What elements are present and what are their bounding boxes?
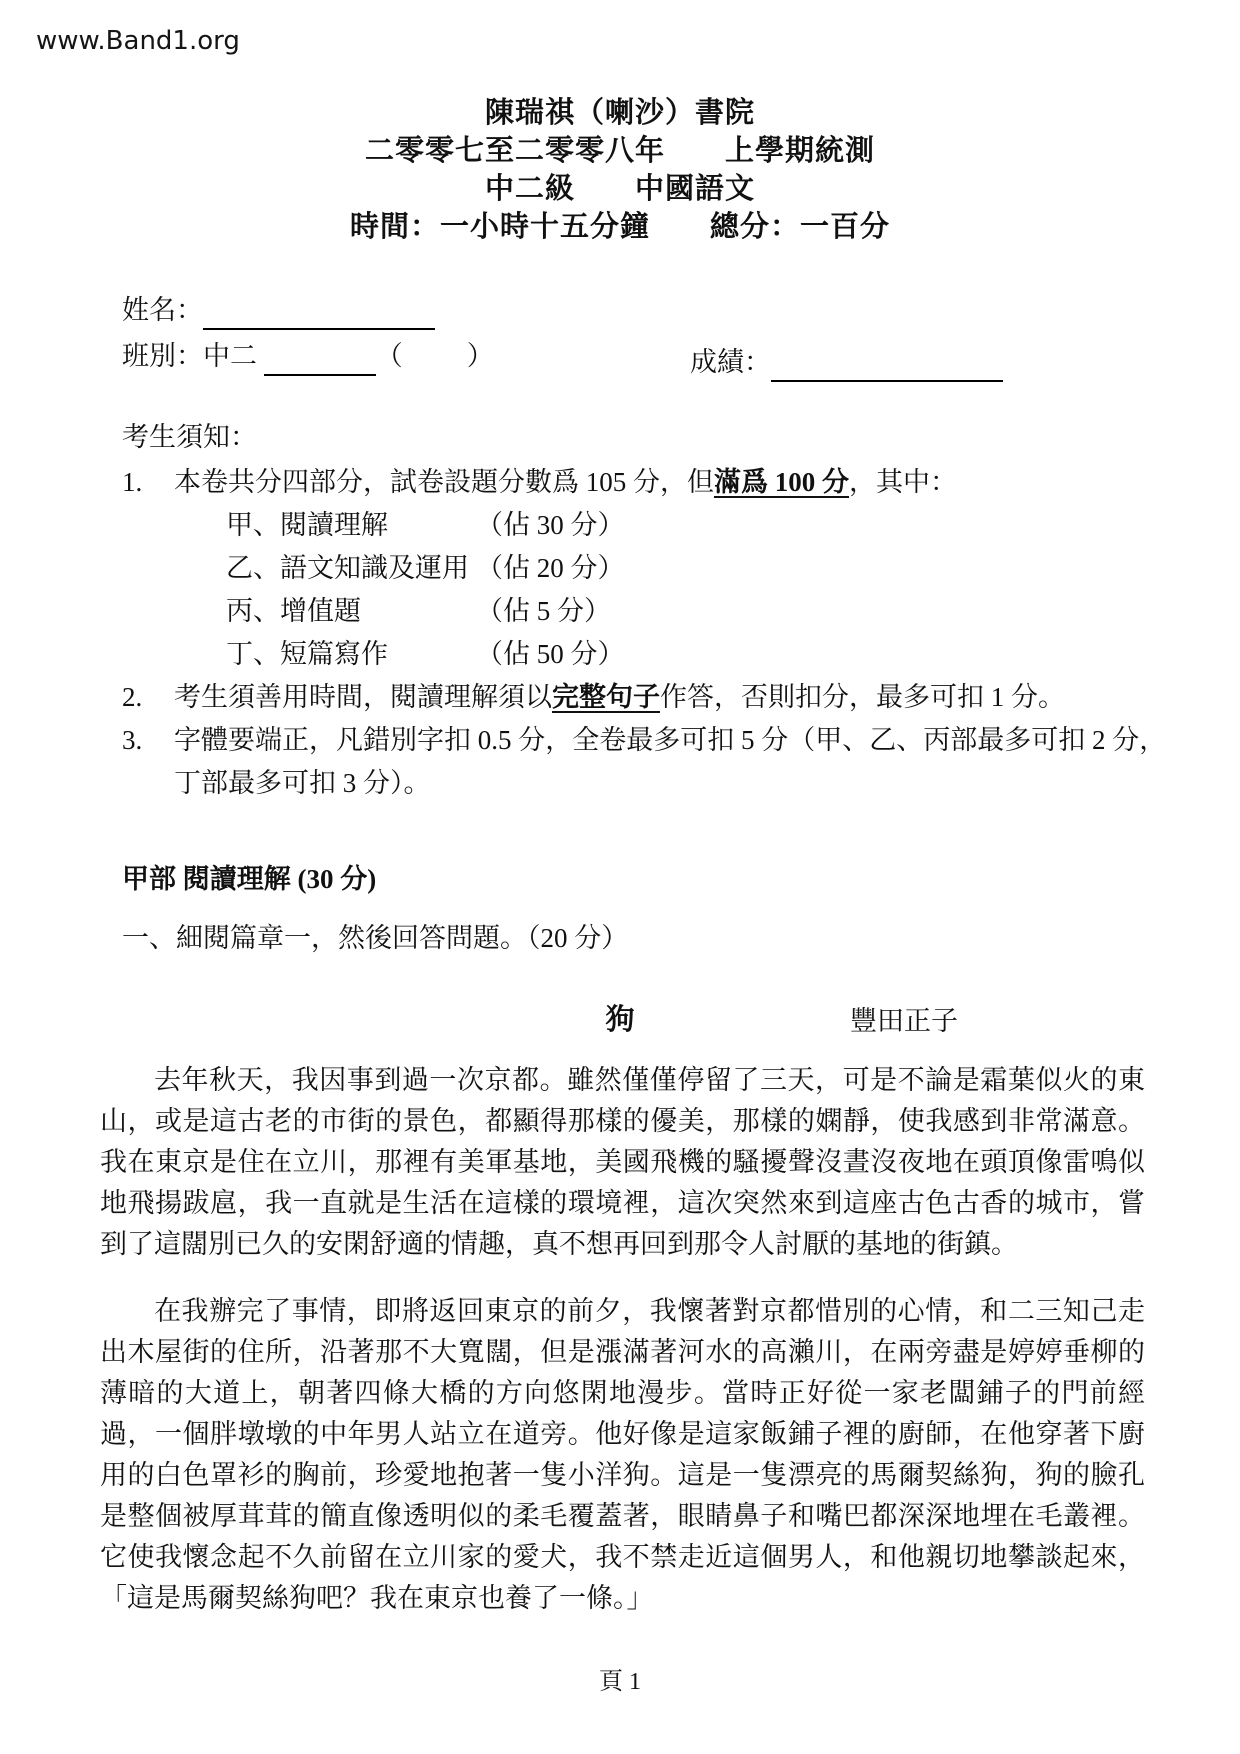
note-1-text-post: ，其中： (849, 467, 957, 497)
name-fill-line (203, 302, 435, 330)
class-subject-line: 中二級 中國語文 (0, 170, 1240, 208)
note-1-number: 1. (122, 461, 174, 676)
part-jia-label: 甲、閱讀理解 (226, 504, 476, 547)
candidate-info-form: 姓名： 班別：中二 （） 成績： (122, 290, 1240, 376)
passage-author: 豐田正子 (850, 999, 958, 1038)
class-score-row: 班別：中二 （） 成績： (122, 336, 1240, 376)
year-term-line: 二零零七至二零零八年 上學期統測 (0, 132, 1240, 170)
name-row: 姓名： (122, 290, 1240, 330)
name-label: 姓名： (122, 295, 203, 325)
note-3-body: 字體要端正，凡錯別字扣 0.5 分，全卷最多可扣 5 分（甲、乙、丙部最多可扣 … (174, 719, 1240, 805)
part-yi-label: 乙、語文知識及運用 (226, 547, 476, 590)
section-a-heading: 甲部 閱讀理解 (30 分) (122, 857, 1240, 896)
part-bing-label: 丙、增值題 (226, 590, 476, 633)
part-row-ding: 丁、短篇寫作（佔 50 分） (226, 633, 1170, 676)
note-item-3: 3. 字體要端正，凡錯別字扣 0.5 分，全卷最多可扣 5 分（甲、乙、丙部最多… (122, 719, 1240, 805)
class-paren-open: （ (376, 341, 403, 371)
note-2-text-bold: 完整句子 (552, 682, 660, 712)
note-1-text-pre: 本卷共分四部分，試卷設題分數爲 105 分，但 (174, 467, 714, 497)
note-item-2: 2. 考生須善用時間，閱讀理解須以完整句子作答，否則扣分，最多可扣 1 分。 (122, 676, 1240, 719)
time-score-line: 時間：一小時十五分鐘 總分：一百分 (0, 208, 1240, 246)
part-row-jia: 甲、閱讀理解（佔 30 分） (226, 504, 1170, 547)
candidate-notes: 考生須知： 1. 本卷共分四部分，試卷設題分數爲 105 分，但滿爲 100 分… (122, 416, 1240, 805)
part-row-bing: 丙、增值題（佔 5 分） (226, 590, 1170, 633)
part-row-yi: 乙、語文知識及運用（佔 20 分） (226, 547, 1170, 590)
school-name: 陳瑞祺（喇沙）書院 (0, 94, 1240, 132)
note-1-text-bold: 滿爲 100 分 (714, 467, 849, 497)
note-2-number: 2. (122, 676, 174, 719)
exam-parts-list: 甲、閱讀理解（佔 30 分） 乙、語文知識及運用（佔 20 分） 丙、增值題（佔… (226, 504, 1170, 676)
class-fill-line (264, 348, 376, 376)
part-jia-score: （佔 30 分） (476, 510, 625, 540)
exam-paper-page: www.Band1.org 陳瑞祺（喇沙）書院 二零零七至二零零八年 上學期統測… (0, 0, 1240, 1754)
part-ding-score: （佔 50 分） (476, 639, 625, 669)
note-1-body: 本卷共分四部分，試卷設題分數爲 105 分，但滿爲 100 分，其中： 甲、閱讀… (174, 461, 1240, 676)
section-a-instruction: 一、細閱篇章一，然後回答問題。（20 分） (122, 916, 1240, 955)
notes-title: 考生須知： (122, 416, 1240, 459)
note-2-body: 考生須善用時間，閱讀理解須以完整句子作答，否則扣分，最多可扣 1 分。 (174, 676, 1240, 719)
note-item-1: 1. 本卷共分四部分，試卷設題分數爲 105 分，但滿爲 100 分，其中： 甲… (122, 461, 1240, 676)
watermark-url: www.Band1.org (36, 26, 240, 56)
note-3-number: 3. (122, 719, 174, 805)
passage-paragraph-1: 去年秋天，我因事到過一次京都。雖然僅僅停留了三天，可是不論是霜葉似火的東山，或是… (100, 1060, 1145, 1265)
note-2-text-post: 作答，否則扣分，最多可扣 1 分。 (660, 682, 1065, 712)
score-group: 成績： (690, 342, 1003, 382)
class-paren-close: ） (467, 341, 494, 371)
passage-title-row: 狗 豐田正子 (0, 997, 1240, 1038)
passage-title: 狗 (605, 1004, 634, 1036)
part-bing-score: （佔 5 分） (476, 596, 611, 626)
part-yi-score: （佔 20 分） (476, 553, 625, 583)
note-2-text-pre: 考生須善用時間，閱讀理解須以 (174, 682, 552, 712)
class-label: 班別：中二 (122, 341, 257, 371)
page-number: 頁 1 (0, 1661, 1240, 1696)
passage-paragraph-2: 在我辦完了事情，即將返回東京的前夕，我懷著對京都惜別的心情，和二三知己走出木屋街… (100, 1291, 1145, 1619)
part-ding-label: 丁、短篇寫作 (226, 633, 476, 676)
score-label: 成績： (690, 347, 771, 377)
score-fill-line (771, 354, 1003, 382)
